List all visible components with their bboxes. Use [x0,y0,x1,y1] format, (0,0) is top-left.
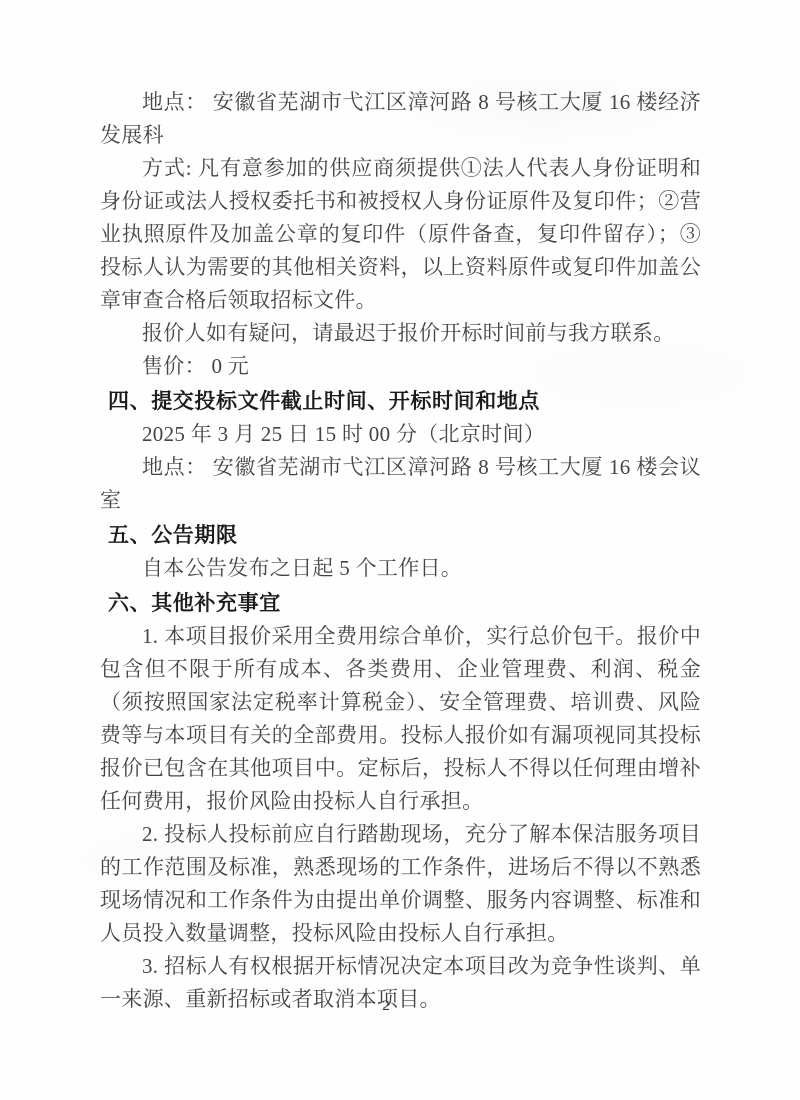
paragraph: 报价人如有疑问，请最迟于报价开标时间前与我方联系。 [100,317,701,350]
paragraph: 1. 本项目报价采用全费用综合单价，实行总价包干。报价中包含但不限于所有成本、各… [100,620,701,818]
paragraph: 自本公告发布之日起 5 个工作日。 [100,552,701,585]
section-heading: 六、其他补充事宜 [100,587,701,620]
paragraph: 2025 年 3 月 25 日 15 时 00 分（北京时间） [100,418,701,451]
section-heading: 四、提交投标文件截止时间、开标时间和地点 [100,385,701,418]
document-page: 地点： 安徽省芜湖市弋江区漳河路 8 号核工大厦 16 楼经济发展科方式: 凡有… [0,0,800,1100]
paragraph: 2. 投标人投标前应自行踏勘现场，充分了解本保洁服务项目的工作范围及标准，熟悉现… [100,818,701,950]
paragraph: 售价： 0 元 [100,350,701,383]
paragraph: 方式: 凡有意参加的供应商须提供①法人代表人身份证明和身份证或法人授权委托书和被… [100,152,701,317]
paragraph: 地点： 安徽省芜湖市弋江区漳河路 8 号核工大厦 16 楼经济发展科 [100,86,701,152]
paragraph: 地点： 安徽省芜湖市弋江区漳河路 8 号核工大厦 16 楼会议室 [100,451,701,517]
page-number: 2 [0,998,786,1015]
section-heading: 五、公告期限 [100,519,701,552]
document-body: 地点： 安徽省芜湖市弋江区漳河路 8 号核工大厦 16 楼经济发展科方式: 凡有… [100,86,701,1016]
